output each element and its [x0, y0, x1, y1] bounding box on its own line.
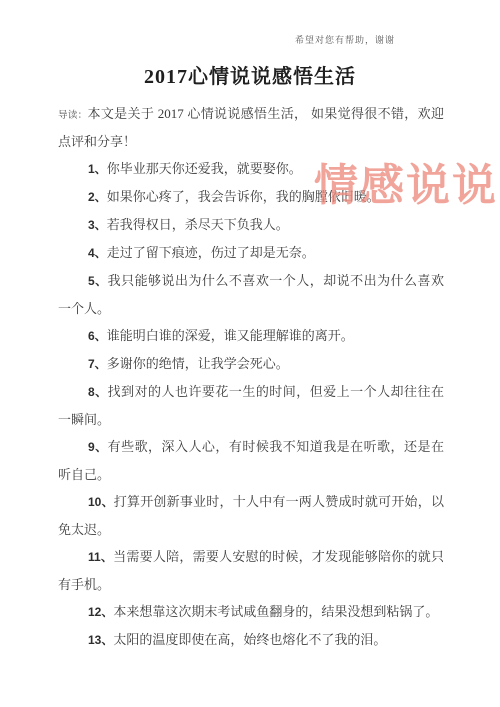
quote-item: 4、走过了留下痕迹，伤过了却是无奈。	[58, 239, 444, 267]
page-title: 2017心情说说感悟生活	[0, 60, 500, 89]
quote-item: 8、找到对的人也许要花一生的时间，但爱上一个人却往往在一瞬间。	[58, 378, 444, 433]
quote-number: 11、	[88, 550, 113, 564]
quote-item: 5、我只能够说出为什么不喜欢一个人，却说不出为什么喜欢一个人。	[58, 267, 444, 322]
quote-item: 1、你毕业那天你还爱我，就要娶你。	[58, 155, 444, 183]
quote-number: 9、	[88, 440, 108, 454]
quote-text: 找到对的人也许要花一生的时间，但爱上一个人却往往在一瞬间。	[58, 384, 444, 427]
quote-number: 5、	[88, 274, 108, 288]
header-note: 希望对您有帮助，谢谢	[295, 33, 395, 46]
quote-number: 10、	[88, 495, 114, 509]
quote-number: 1、	[88, 162, 107, 176]
quote-number: 13、	[88, 633, 113, 647]
quote-item: 9、有些歌，深入人心，有时候我不知道我是在听歌，还是在听自己。	[58, 433, 444, 488]
quote-text: 打算开创新事业时，十人中有一两人赞成时就可开始，以免太迟。	[58, 494, 444, 537]
quote-number: 3、	[88, 218, 107, 232]
quote-text: 本来想靠这次期末考试咸鱼翻身的，结果没想到粘锅了。	[113, 604, 438, 619]
quote-item: 3、若我得权日，杀尽天下负我人。	[58, 211, 444, 239]
quote-number: 2、	[88, 190, 107, 204]
document-page: 希望对您有帮助，谢谢 2017心情说说感悟生活 导读：本文是关于 2017 心情…	[0, 0, 500, 707]
quote-text: 如果你心疼了，我会告诉你，我的胸膛依旧暖。	[107, 189, 380, 204]
quote-text: 谁能明白谁的深爱，谁又能理解谁的离开。	[107, 328, 354, 343]
quote-item: 11、当需要人陪，需要人安慰的时候，才发现能够陪你的就只有手机。	[58, 543, 444, 598]
quote-number: 4、	[88, 246, 107, 260]
quote-number: 12、	[88, 605, 113, 619]
quote-text: 有些歌，深入人心，有时候我不知道我是在听歌，还是在听自己。	[58, 439, 444, 482]
quote-item: 6、谁能明白谁的深爱，谁又能理解谁的离开。	[58, 322, 444, 350]
quote-text: 我只能够说出为什么不喜欢一个人，却说不出为什么喜欢一个人。	[58, 273, 444, 316]
quote-text: 当需要人陪，需要人安慰的时候，才发现能够陪你的就只有手机。	[58, 549, 444, 592]
quote-item: 7、多谢你的绝情，让我学会死心。	[58, 350, 444, 378]
quote-text: 太阳的温度即使在高，始终也熔化不了我的泪。	[113, 632, 386, 647]
intro-label: 导读：	[58, 111, 88, 121]
intro-paragraph: 导读：本文是关于 2017 心情说说感悟生活， 如果觉得很不错，欢迎点评和分享！	[58, 101, 444, 155]
quote-number: 8、	[88, 385, 108, 399]
quote-item: 13、太阳的温度即使在高，始终也熔化不了我的泪。	[58, 626, 444, 654]
document-body: 导读：本文是关于 2017 心情说说感悟生活， 如果觉得很不错，欢迎点评和分享！…	[58, 101, 444, 654]
quote-text: 走过了留下痕迹，伤过了却是无奈。	[107, 245, 315, 260]
quote-item: 10、打算开创新事业时，十人中有一两人赞成时就可开始，以免太迟。	[58, 488, 444, 543]
quote-item: 12、本来想靠这次期末考试咸鱼翻身的，结果没想到粘锅了。	[58, 598, 444, 626]
quote-number: 7、	[88, 357, 107, 371]
quote-list: 1、你毕业那天你还爱我，就要娶你。 2、如果你心疼了，我会告诉你，我的胸膛依旧暖…	[58, 155, 444, 654]
quote-item: 2、如果你心疼了，我会告诉你，我的胸膛依旧暖。	[58, 183, 444, 211]
quote-text: 多谢你的绝情，让我学会死心。	[107, 356, 289, 371]
quote-text: 你毕业那天你还爱我，就要娶你。	[107, 161, 302, 176]
quote-number: 6、	[88, 329, 107, 343]
intro-text: 本文是关于 2017 心情说说感悟生活， 如果觉得很不错，欢迎点评和分享！	[58, 106, 444, 149]
quote-text: 若我得权日，杀尽天下负我人。	[107, 217, 289, 232]
